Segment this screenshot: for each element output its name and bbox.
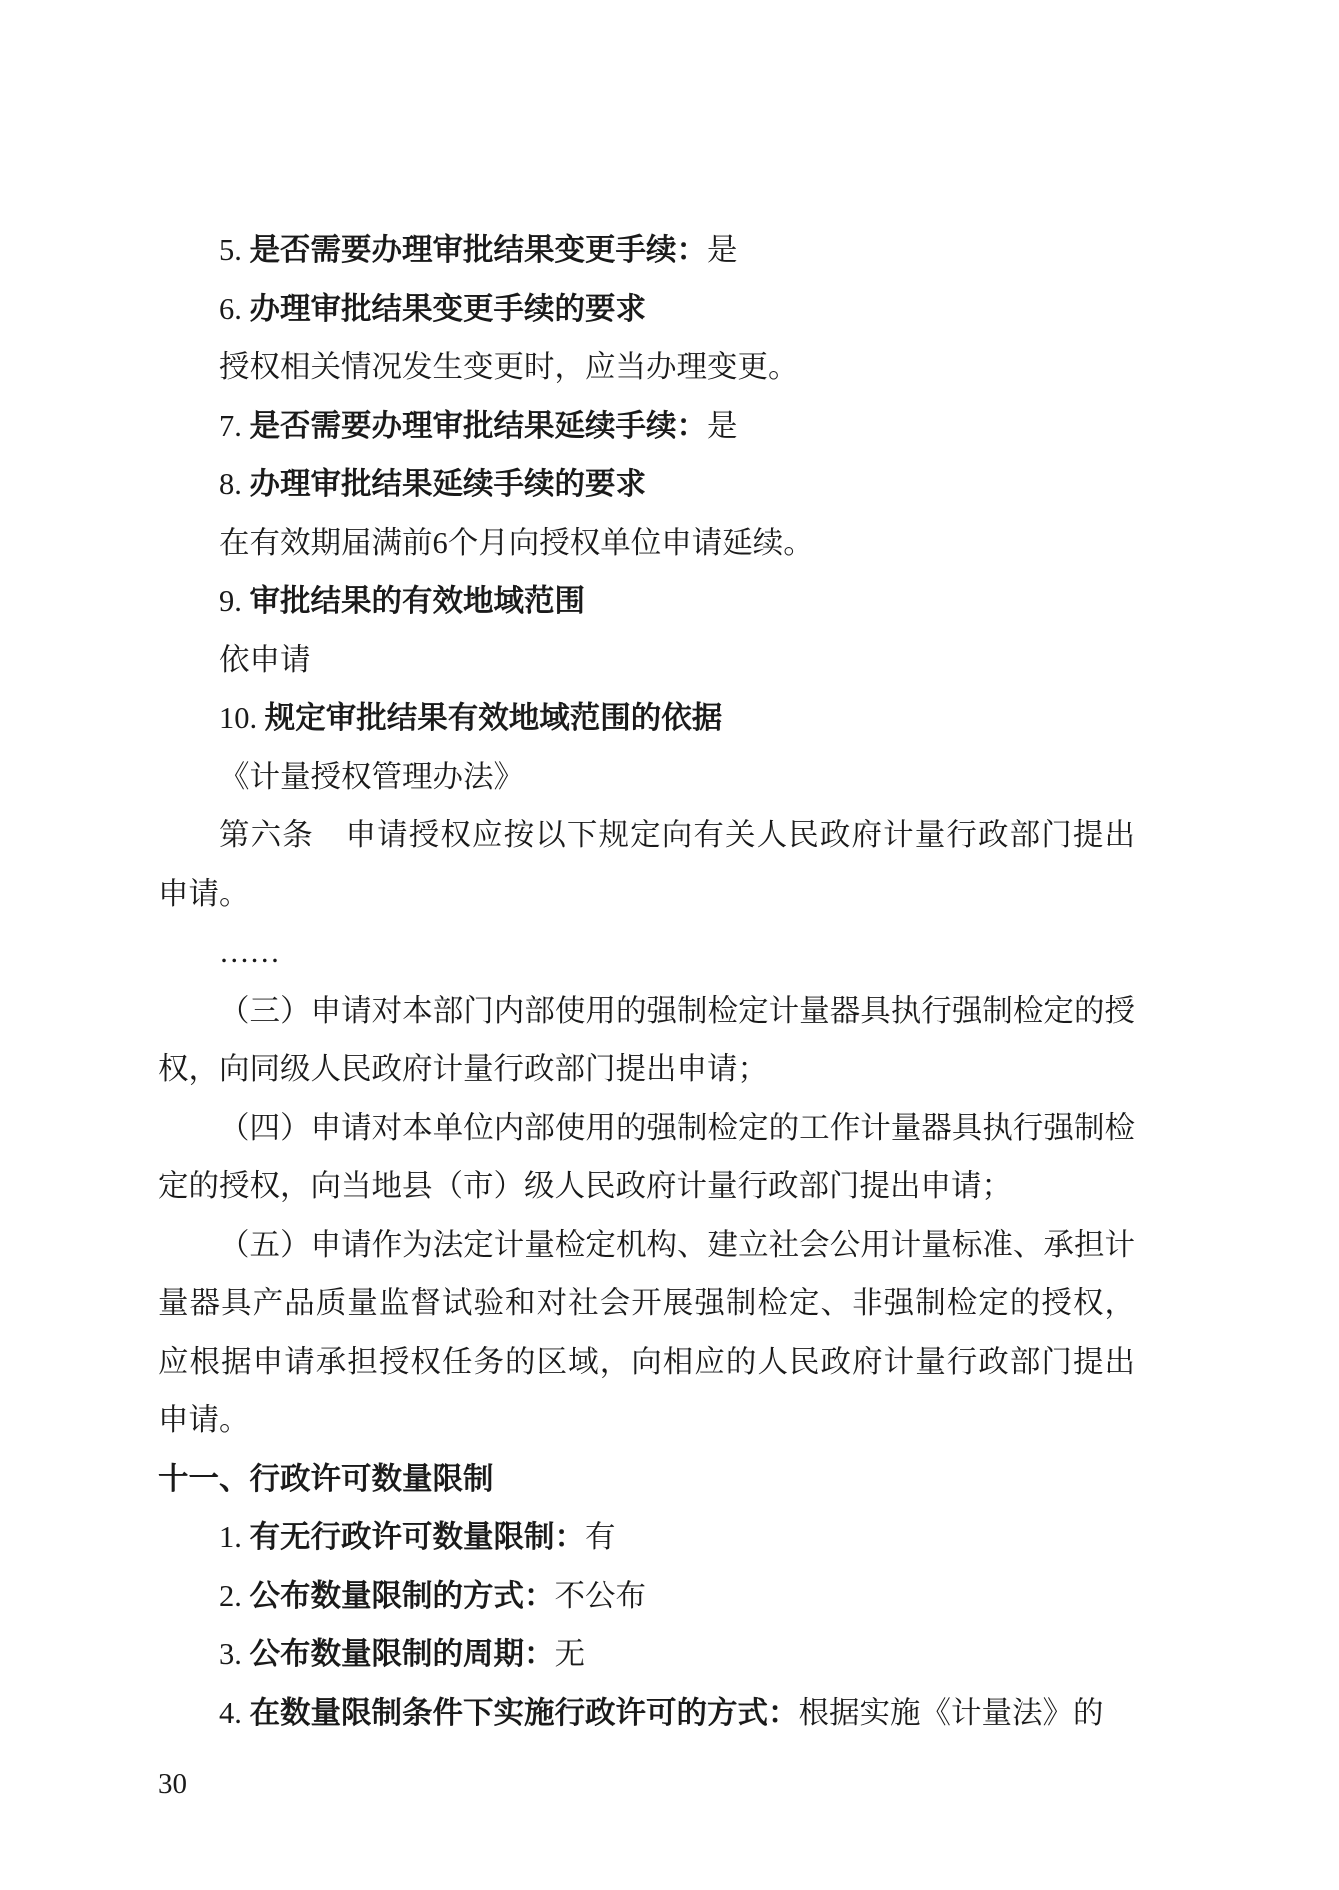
text-line: 在有效期届满前6个月向授权单位申请延续。	[158, 514, 1135, 573]
bold-label: 审批结果的有效地域范围	[250, 584, 586, 618]
document-page: 5. 是否需要办理审批结果变更手续：是6. 办理审批结果变更手续的要求授权相关情…	[0, 0, 1339, 1890]
text-line: 5. 是否需要办理审批结果变更手续：是	[158, 221, 1135, 280]
body-text: （四）申请对本单位内部使用的强制检定的工作计量器具执行强制检	[219, 1111, 1135, 1145]
text-line: 应根据申请承担授权任务的区域，向相应的人民政府计量行政部门提出	[158, 1333, 1135, 1392]
bold-label: 办理审批结果延续手续的要求	[250, 467, 647, 501]
body-text: 应根据申请承担授权任务的区域，向相应的人民政府计量行政部门提出	[158, 1345, 1135, 1379]
item-number: 6.	[219, 292, 250, 326]
text-line: 依申请	[158, 631, 1135, 690]
text-line: ……	[158, 923, 1135, 982]
text-line: 定的授权，向当地县（市）级人民政府计量行政部门提出申请；	[158, 1157, 1135, 1216]
item-number: 5.	[219, 233, 250, 267]
item-number: 2.	[219, 1579, 250, 1613]
bold-label: 公布数量限制的方式：	[250, 1579, 555, 1613]
bold-label: 规定审批结果有效地域范围的依据	[265, 701, 723, 735]
body-text: 第六条 申请授权应按以下规定向有关人民政府计量行政部门提出	[219, 818, 1135, 852]
body-text: 申请。	[158, 1403, 250, 1437]
text-line: 申请。	[158, 1391, 1135, 1450]
body-text: 《计量授权管理办法》	[219, 760, 524, 794]
body-text: 授权相关情况发生变更时，应当办理变更。	[219, 350, 799, 384]
bold-label: 是否需要办理审批结果延续手续：	[250, 409, 708, 443]
item-number: 4.	[219, 1696, 250, 1730]
text-line: 9. 审批结果的有效地域范围	[158, 572, 1135, 631]
item-number: 8.	[219, 467, 250, 501]
body-text: 无	[555, 1637, 586, 1671]
text-line: 授权相关情况发生变更时，应当办理变更。	[158, 338, 1135, 397]
body-text: 申请。	[158, 877, 250, 911]
bold-label: 十一、行政许可数量限制	[158, 1462, 494, 1496]
text-line: 量器具产品质量监督试验和对社会开展强制检定、非强制检定的授权，	[158, 1274, 1135, 1333]
body-text: 是	[707, 233, 738, 267]
text-line: （五）申请作为法定计量检定机构、建立社会公用计量标准、承担计	[158, 1216, 1135, 1275]
text-line: 3. 公布数量限制的周期：无	[158, 1625, 1135, 1684]
item-number: 9.	[219, 584, 250, 618]
text-line: （四）申请对本单位内部使用的强制检定的工作计量器具执行强制检	[158, 1099, 1135, 1158]
body-text: 不公布	[555, 1579, 647, 1613]
body-text: 量器具产品质量监督试验和对社会开展强制检定、非强制检定的授权，	[158, 1286, 1135, 1320]
item-number: 10.	[219, 701, 265, 735]
text-line: 7. 是否需要办理审批结果延续手续：是	[158, 397, 1135, 456]
body-text: 是	[707, 409, 738, 443]
bold-label: 在数量限制条件下实施行政许可的方式：	[250, 1696, 799, 1730]
text-line: 《计量授权管理办法》	[158, 748, 1135, 807]
body-text: 权，向同级人民政府计量行政部门提出申请；	[158, 1052, 768, 1086]
text-line: 8. 办理审批结果延续手续的要求	[158, 455, 1135, 514]
item-number: 7.	[219, 409, 250, 443]
text-line: 权，向同级人民政府计量行政部门提出申请；	[158, 1040, 1135, 1099]
bold-label: 公布数量限制的周期：	[250, 1637, 555, 1671]
section-heading: 十一、行政许可数量限制	[158, 1450, 1135, 1509]
body-text: 定的授权，向当地县（市）级人民政府计量行政部门提出申请；	[158, 1169, 1012, 1203]
text-line: 10. 规定审批结果有效地域范围的依据	[158, 689, 1135, 748]
text-line: 4. 在数量限制条件下实施行政许可的方式：根据实施《计量法》的	[158, 1684, 1135, 1743]
bold-label: 是否需要办理审批结果变更手续：	[250, 233, 708, 267]
item-number: 3.	[219, 1637, 250, 1671]
text-line: 2. 公布数量限制的方式：不公布	[158, 1567, 1135, 1626]
page-number: 30	[158, 1762, 187, 1806]
item-number: 1.	[219, 1520, 250, 1554]
text-line: 6. 办理审批结果变更手续的要求	[158, 280, 1135, 339]
bold-label: 办理审批结果变更手续的要求	[250, 292, 647, 326]
text-line: 申请。	[158, 865, 1135, 924]
text-content: 5. 是否需要办理审批结果变更手续：是6. 办理审批结果变更手续的要求授权相关情…	[158, 221, 1135, 1742]
body-text: 有	[585, 1520, 616, 1554]
body-text: 根据实施《计量法》的	[799, 1696, 1104, 1730]
body-text: 依申请	[219, 643, 311, 677]
body-text: （五）申请作为法定计量检定机构、建立社会公用计量标准、承担计	[219, 1228, 1135, 1262]
body-text: 在有效期届满前6个月向授权单位申请延续。	[219, 526, 814, 560]
body-text: （三）申请对本部门内部使用的强制检定计量器具执行强制检定的授	[219, 994, 1135, 1028]
text-line: 1. 有无行政许可数量限制：有	[158, 1508, 1135, 1567]
bold-label: 有无行政许可数量限制：	[250, 1520, 586, 1554]
text-line: （三）申请对本部门内部使用的强制检定计量器具执行强制检定的授	[158, 982, 1135, 1041]
text-line: 第六条 申请授权应按以下规定向有关人民政府计量行政部门提出	[158, 806, 1135, 865]
body-text: ……	[219, 935, 280, 969]
